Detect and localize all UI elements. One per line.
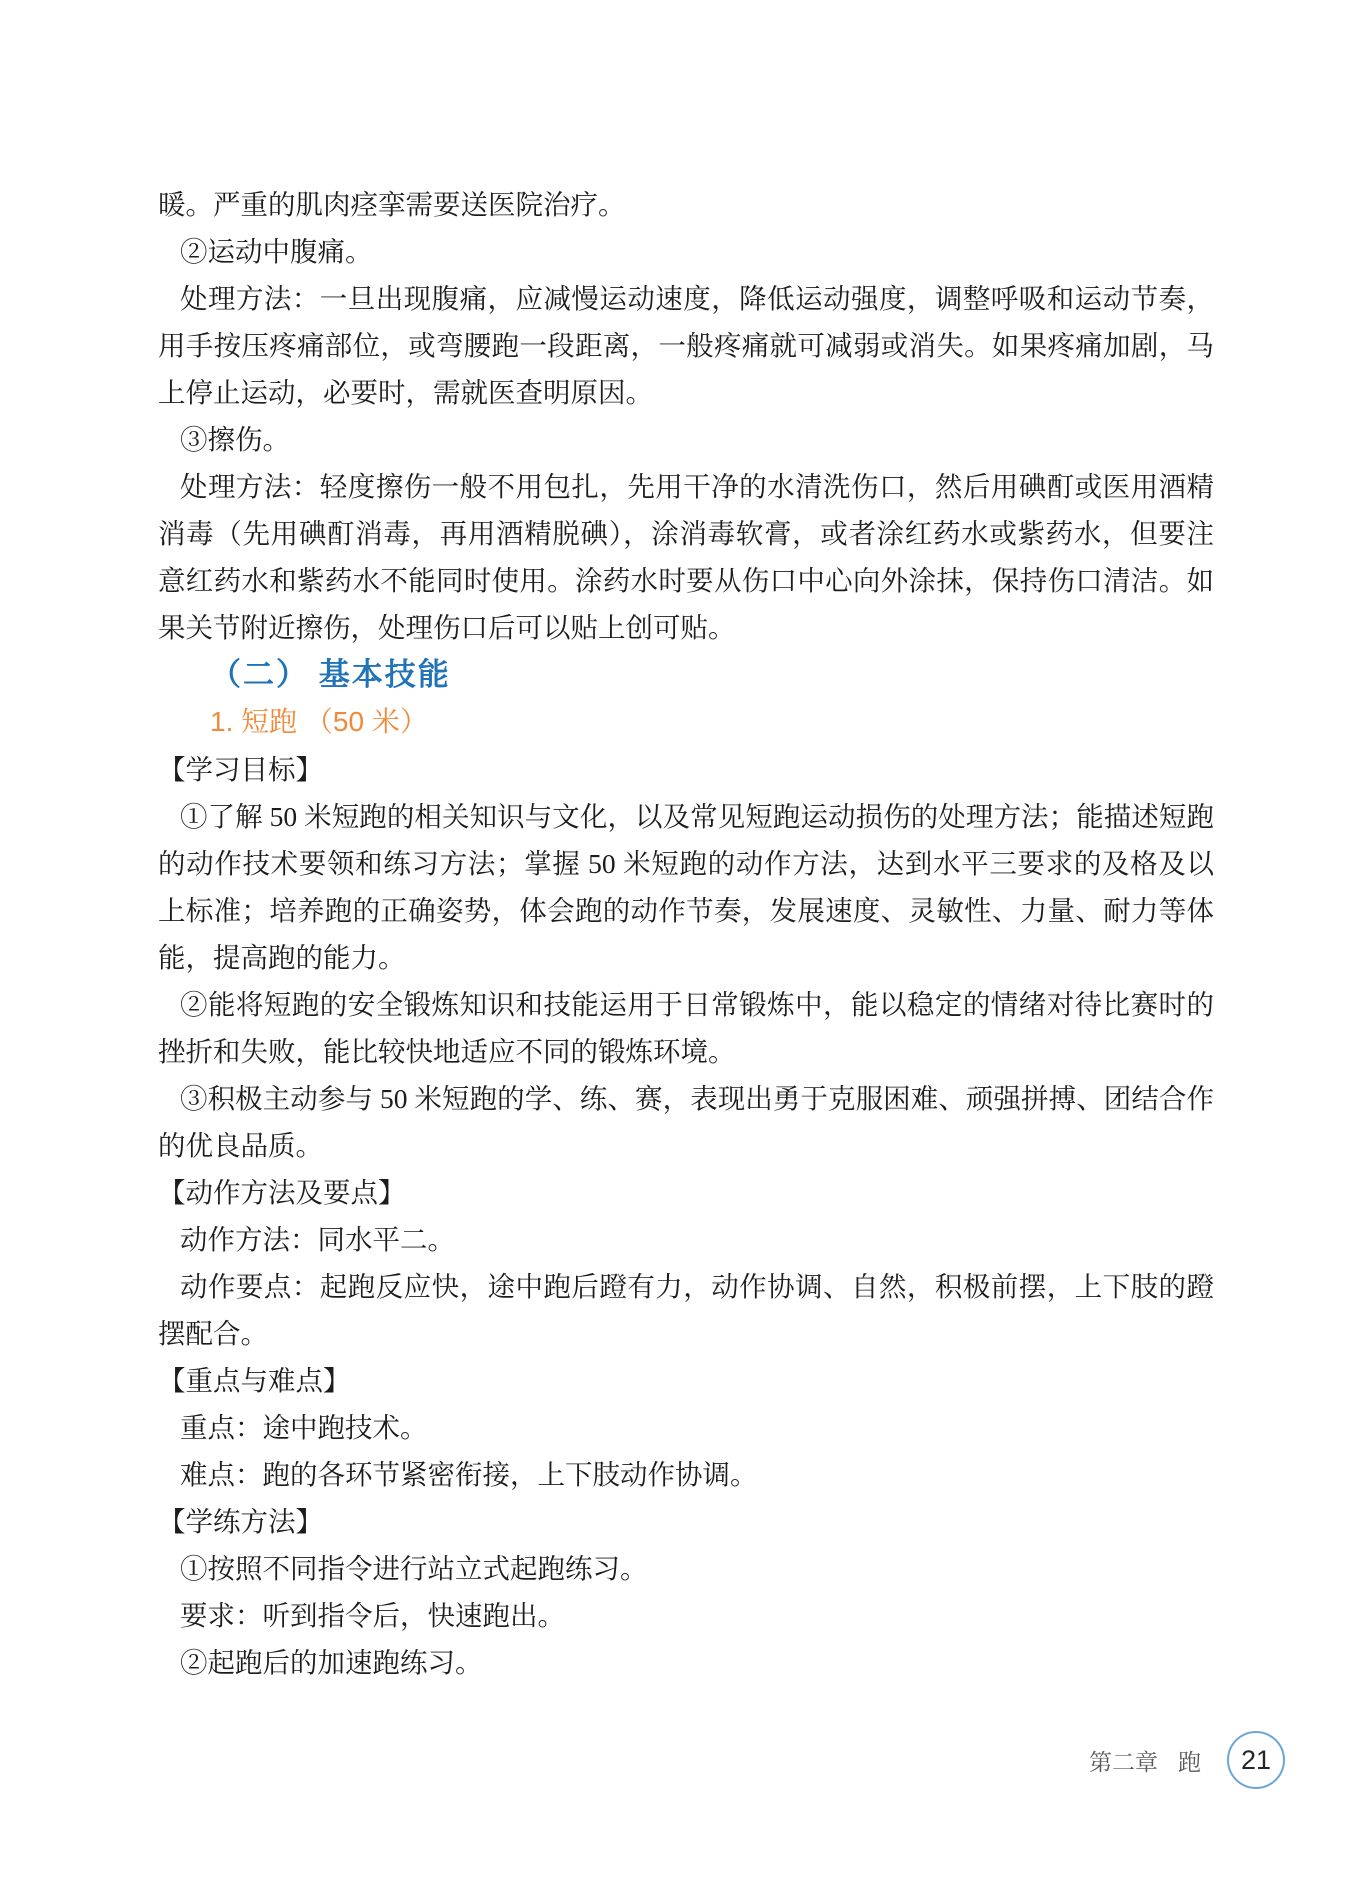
paragraph: 要求：听到指令后，快速跑出。 (158, 1592, 1214, 1639)
subsection-heading: （二） 基本技能 (158, 651, 1214, 698)
page-number-badge: 21 (1227, 1731, 1285, 1789)
paragraph: ②能将短跑的安全锻炼知识和技能运用于日常锻炼中，能以稳定的情绪对待比赛时的挫折和… (158, 981, 1214, 1075)
textbook-page: 暖。严重的肌肉痉挛需要送医院治疗。②运动中腹痛。处理方法：一旦出现腹痛，应减慢运… (0, 0, 1353, 1884)
paragraph: 动作方法：同水平二。 (158, 1216, 1214, 1263)
page-number: 21 (1241, 1745, 1271, 1776)
paragraph: 难点：跑的各环节紧密衔接，上下肢动作协调。 (158, 1451, 1214, 1498)
bracket-heading: 【学练方法】 (158, 1498, 1214, 1545)
page-content: 暖。严重的肌肉痉挛需要送医院治疗。②运动中腹痛。处理方法：一旦出现腹痛，应减慢运… (158, 181, 1214, 1686)
paragraph: 动作要点：起跑反应快，途中跑后蹬有力，动作协调、自然，积极前摆，上下肢的蹬摆配合… (158, 1263, 1214, 1357)
footer-chapter: 第二章 跑 (1089, 1744, 1201, 1777)
paragraph: ②运动中腹痛。 (158, 228, 1214, 275)
bracket-heading: 【动作方法及要点】 (158, 1169, 1214, 1216)
paragraph: ③积极主动参与 50 米短跑的学、练、赛，表现出勇于克服困难、顽强拼搏、团结合作… (158, 1075, 1214, 1169)
paragraph-continuation: 暖。严重的肌肉痉挛需要送医院治疗。 (158, 181, 1214, 228)
paragraph: ①按照不同指令进行站立式起跑练习。 (158, 1545, 1214, 1592)
paragraph: ①了解 50 米短跑的相关知识与文化，以及常见短跑运动损伤的处理方法；能描述短跑… (158, 793, 1214, 981)
paragraph: ③擦伤。 (158, 416, 1214, 463)
paragraph: ②起跑后的加速跑练习。 (158, 1639, 1214, 1686)
bracket-heading: 【学习目标】 (158, 746, 1214, 793)
bracket-heading: 【重点与难点】 (158, 1357, 1214, 1404)
paragraph: 重点：途中跑技术。 (158, 1404, 1214, 1451)
paragraph: 处理方法：一旦出现腹痛，应减慢运动速度，降低运动强度，调整呼吸和运动节奏，用手按… (158, 275, 1214, 416)
paragraph: 处理方法：轻度擦伤一般不用包扎，先用干净的水清洗伤口，然后用碘酊或医用酒精消毒（… (158, 463, 1214, 651)
footer-chapter-title: 跑 (1178, 1744, 1201, 1777)
item-heading: 1. 短跑 （50 米） (158, 698, 1214, 746)
footer-chapter-number: 第二章 (1089, 1744, 1158, 1777)
page-footer: 第二章 跑 21 (0, 1730, 1285, 1790)
